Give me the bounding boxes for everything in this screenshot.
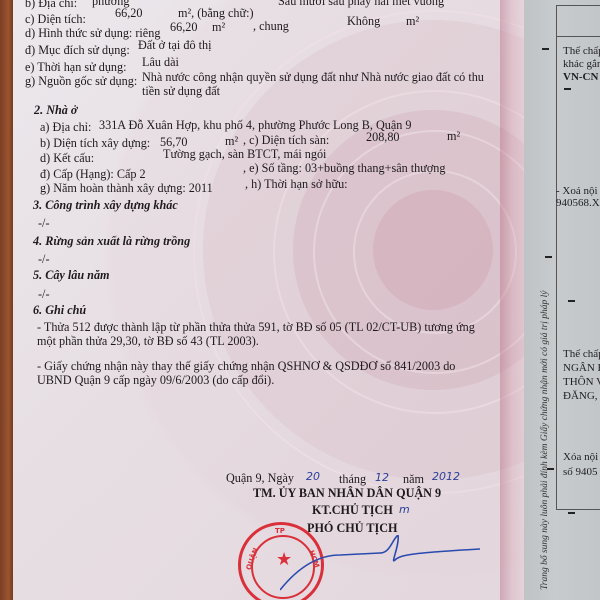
section-4-value: -/- xyxy=(38,252,50,266)
land-common-value: Không xyxy=(347,14,380,28)
land-origin-value-2: tiền sử dụng đất xyxy=(142,84,220,98)
land-area-value: 66,20 xyxy=(115,6,142,20)
entry-1-line-1: Thế chấp xyxy=(563,45,600,58)
land-term-label: e) Thời hạn sử dụng: xyxy=(25,60,127,74)
signing-title: PHÓ CHỦ TỊCH xyxy=(307,521,398,535)
land-area-label: c) Diện tích: xyxy=(25,12,86,26)
land-area-words: Sáu mươi sáu phẩy hai mét vuông xyxy=(278,0,444,8)
section-5-heading: 5. Cây lâu năm xyxy=(33,268,110,282)
house-build-area-unit: m² xyxy=(225,134,238,148)
house-address-label: a) Địa chỉ: xyxy=(40,120,91,134)
section-3-heading: 3. Công trình xây dựng khác xyxy=(33,198,178,212)
house-floor-area-value: 208,80 xyxy=(366,130,400,144)
note-2-line-2: UBND Quận 9 cấp ngày 09/6/2003 (do cấp đ… xyxy=(37,373,274,387)
signing-kt: KT.CHỦ TỊCH xyxy=(312,503,393,517)
signing-org: TM. ỦY BAN NHÂN DÂN QUẬN 9 xyxy=(253,486,441,500)
seal-top-text: TP xyxy=(275,527,285,535)
section-5-value: -/- xyxy=(38,287,50,301)
dash-mark xyxy=(568,512,575,514)
vertical-legal-note: Trang bổ sung này luôn phải đính kèm Giấ… xyxy=(540,291,550,590)
land-private-unit: m² xyxy=(212,20,225,34)
page-fold xyxy=(500,0,524,600)
house-build-area-label: b) Diện tích xây dựng: xyxy=(40,136,150,150)
note-1-line-1: - Thửa 512 được thành lập từ phần thửa t… xyxy=(37,320,475,334)
land-origin-label: g) Nguồn gốc sử dụng: xyxy=(25,74,137,88)
note-1-line-2: một phần thửa 29,30, tờ BĐ số 43 (TL 200… xyxy=(37,334,259,348)
table-border xyxy=(556,5,557,510)
land-origin-value-1: Nhà nước công nhận quyền sử dụng đất như… xyxy=(142,70,484,84)
house-floor-area-label: , c) Diện tích sàn: xyxy=(243,133,329,147)
land-purpose-label: đ) Mục đích sử dụng: xyxy=(25,43,130,57)
house-heading: 2. Nhà ở xyxy=(34,103,77,117)
entry-3-line-1: Thế chấp xyxy=(563,348,600,361)
entry-3-line-4: ĐĂNG, t xyxy=(563,390,600,403)
land-common-unit: m² xyxy=(406,14,419,28)
entry-1-line-2: khác gắn xyxy=(563,58,600,71)
entry-4-line-1: Xóa nội xyxy=(563,451,598,464)
entry-1-line-3: VN-CN xyxy=(563,71,598,84)
table-border xyxy=(556,36,600,37)
entry-3-line-2: NGÂN H xyxy=(563,362,600,375)
entry-2-line-2: 940568.X xyxy=(556,197,600,210)
land-address-label: b) Địa chỉ: xyxy=(25,0,77,10)
land-purpose-value: Đất ở tại đô thị xyxy=(138,38,211,52)
land-term-value: Lâu dài xyxy=(142,55,179,69)
date-year: 2012 xyxy=(432,470,460,483)
house-ownership-term: , h) Thời hạn sở hữu: xyxy=(245,177,348,191)
certificate-page xyxy=(13,0,525,600)
date-prefix: Quận 9, Ngày xyxy=(226,471,294,485)
table-border xyxy=(556,5,600,6)
land-common-label: , chung xyxy=(253,19,289,33)
section-6-heading: 6. Ghi chú xyxy=(33,303,86,317)
watermark-ring xyxy=(353,170,517,334)
dash-mark xyxy=(568,300,575,302)
table-surface xyxy=(0,0,14,600)
land-area-unit: m², (bằng chữ:) xyxy=(178,6,254,20)
signing-kt-mark: m xyxy=(399,503,410,516)
section-3-value: -/- xyxy=(38,216,50,230)
supplement-page xyxy=(524,0,600,600)
entry-3-line-3: THÔN V xyxy=(563,376,600,389)
entry-4-line-2: số 9405 xyxy=(563,466,598,479)
section-4-heading: 4. Rừng sản xuất là rừng trồng xyxy=(33,234,190,248)
house-completion-year: g) Năm hoàn thành xây dựng: 2011 xyxy=(40,181,213,195)
date-month: 12 xyxy=(375,471,389,484)
land-private-area: 66,20 xyxy=(170,20,197,34)
date-month-label: tháng xyxy=(339,472,366,486)
handwritten-signature xyxy=(280,535,480,595)
house-floors: , e) Số tầng: 03+buồng thang+sân thượng xyxy=(243,161,445,175)
house-address-value: 331A Đỗ Xuân Hợp, khu phố 4, phường Phướ… xyxy=(99,118,412,132)
dash-mark xyxy=(545,256,552,258)
dash-mark xyxy=(542,48,549,50)
date-day: 20 xyxy=(306,470,320,483)
date-year-label: năm xyxy=(403,472,424,486)
table-border xyxy=(556,509,600,510)
house-floor-area-unit: m² xyxy=(447,129,460,143)
house-structure-value: Tường gạch, sàn BTCT, mái ngói xyxy=(163,147,326,161)
house-grade: đ) Cấp (Hạng): Cấp 2 xyxy=(40,167,146,181)
house-structure-label: d) Kết cấu: xyxy=(40,151,94,165)
note-2-line-1: - Giấy chứng nhận này thay thế giấy chứn… xyxy=(37,359,455,373)
dash-mark xyxy=(564,88,571,90)
